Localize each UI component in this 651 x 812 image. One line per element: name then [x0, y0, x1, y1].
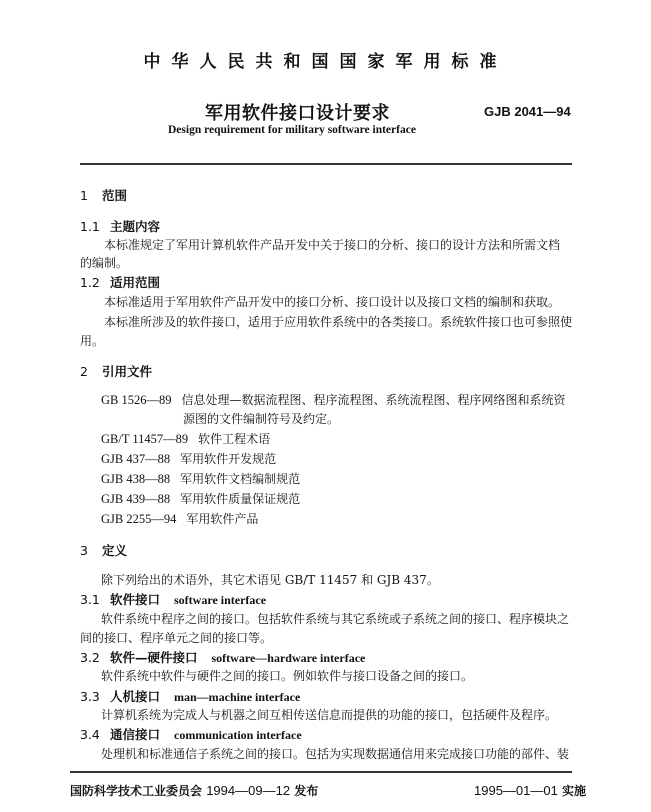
- section-1-1-heading: 1.1主题内容: [80, 217, 160, 235]
- reference-title: 信息处理—数据流程图、程序流程图、系统流程图、程序网络图和系统资: [182, 393, 566, 407]
- section-title: 软件—硬件接口: [110, 650, 198, 665]
- effective-line: 1995—01—01 实施: [474, 782, 586, 799]
- reference-title: 军用软件产品: [186, 512, 258, 526]
- reference-item: GJB 438—88军用软件文档编制规范: [101, 470, 300, 487]
- issuer-line: 国防科学技术工业委员会 1994—09—12 发布: [70, 782, 318, 799]
- paragraph-line: 处理机和标准通信子系统之间的接口。包括为实现数据通信用来完成接口功能的部件、装: [101, 745, 569, 762]
- paragraph-line: 除下列给出的术语外，其它术语见 GB/T 11457 和 GJB 437。: [101, 571, 439, 588]
- country-standard-heading: 中华人民共和国国家军用标准: [0, 47, 651, 72]
- section-title: 软件接口: [110, 592, 160, 607]
- reference-item: GB/T 11457—89软件工程术语: [101, 430, 270, 447]
- reference-title: 军用软件文档编制规范: [180, 472, 300, 486]
- section-2-heading: 2引用文件: [80, 362, 152, 380]
- section-title-en: man—machine interface: [174, 690, 300, 704]
- paragraph-line: 间的接口、程序单元之间的接口等。: [80, 629, 272, 646]
- section-number: 3.3: [80, 689, 110, 704]
- reference-title-continued: 源图的文件编制符号及约定。: [183, 410, 339, 427]
- issue-date: 1994—09—12: [206, 783, 290, 798]
- paragraph-line: 本标准规定了军用计算机软件产品开发中关于接口的分析、接口的设计方法和所需文档: [104, 236, 560, 253]
- reference-item: GJB 437—88军用软件开发规范: [101, 450, 276, 467]
- section-number: 3.1: [80, 592, 110, 607]
- section-number: 3: [80, 543, 102, 558]
- section-1-heading: 1范围: [80, 186, 127, 204]
- english-title: Design requirement for military software…: [168, 124, 416, 136]
- section-3-1-heading: 3.1软件接口software interface: [80, 590, 266, 608]
- reference-code: GB/T 11457—89: [101, 432, 188, 446]
- document-page: 中华人民共和国国家军用标准 军用软件接口设计要求 GJB 2041—94 Des…: [0, 0, 651, 812]
- header-rule: [80, 163, 572, 165]
- section-3-heading: 3定义: [80, 541, 127, 559]
- section-3-3-heading: 3.3人机接口man—machine interface: [80, 687, 300, 705]
- section-title: 适用范围: [110, 275, 160, 290]
- paragraph-line: 本标准适用于军用软件产品开发中的接口分析、接口设计以及接口文档的编制和获取。: [104, 293, 560, 310]
- paragraph-line: 本标准所涉及的软件接口，适用于应用软件系统中的各类接口。系统软件接口也可参照使: [104, 313, 572, 330]
- reference-code: GB 1526—89: [101, 393, 172, 407]
- paragraph-line: 计算机系统为完成人与机器之间互相传送信息而提供的功能的接口，包括硬件及程序。: [101, 706, 557, 723]
- reference-title: 军用软件开发规范: [180, 452, 276, 466]
- reference-title: 软件工程术语: [198, 432, 270, 446]
- section-number: 1.1: [80, 219, 110, 234]
- paragraph-line: 软件系统中程序之间的接口。包括软件系统与其它系统或子系统之间的接口、程序模块之: [101, 610, 569, 627]
- section-title: 引用文件: [102, 364, 152, 379]
- reference-item: GB 1526—89信息处理—数据流程图、程序流程图、系统流程图、程序网络图和系…: [101, 391, 566, 408]
- section-title-en: communication interface: [174, 728, 302, 742]
- section-number: 3.4: [80, 727, 110, 742]
- section-title-en: software—hardware interface: [212, 651, 366, 665]
- reference-item: GJB 439—88军用软件质量保证规范: [101, 490, 300, 507]
- section-1-2-heading: 1.2适用范围: [80, 273, 160, 291]
- footer-rule: [70, 771, 572, 773]
- paragraph-line: 用。: [80, 332, 104, 349]
- issue-label: 发布: [294, 784, 318, 798]
- section-number: 3.2: [80, 650, 110, 665]
- section-3-2-heading: 3.2软件—硬件接口software—hardware interface: [80, 648, 365, 666]
- section-number: 1: [80, 188, 102, 203]
- effective-date: 1995—01—01: [474, 783, 558, 798]
- document-title: 军用软件接口设计要求: [205, 99, 390, 125]
- reference-item: GJB 2255—94军用软件产品: [101, 510, 258, 527]
- section-title: 范围: [102, 188, 127, 203]
- reference-code: GJB 438—88: [101, 472, 170, 486]
- section-title: 通信接口: [110, 727, 160, 742]
- reference-title: 军用软件质量保证规范: [180, 492, 300, 506]
- section-3-4-heading: 3.4通信接口communication interface: [80, 725, 302, 743]
- paragraph-line: 的编制。: [80, 254, 128, 271]
- issuer: 国防科学技术工业委员会: [70, 784, 202, 798]
- section-title: 定义: [102, 543, 127, 558]
- section-title: 人机接口: [110, 689, 160, 704]
- section-number: 1.2: [80, 275, 110, 290]
- section-number: 2: [80, 364, 102, 379]
- paragraph-line: 软件系统中软件与硬件之间的接口。例如软件与接口设备之间的接口。: [101, 667, 473, 684]
- reference-code: GJB 439—88: [101, 492, 170, 506]
- reference-code: GJB 2255—94: [101, 512, 176, 526]
- standard-code: GJB 2041—94: [484, 104, 571, 119]
- section-title: 主题内容: [110, 219, 160, 234]
- effective-label: 实施: [562, 784, 586, 798]
- section-title-en: software interface: [174, 593, 266, 607]
- reference-code: GJB 437—88: [101, 452, 170, 466]
